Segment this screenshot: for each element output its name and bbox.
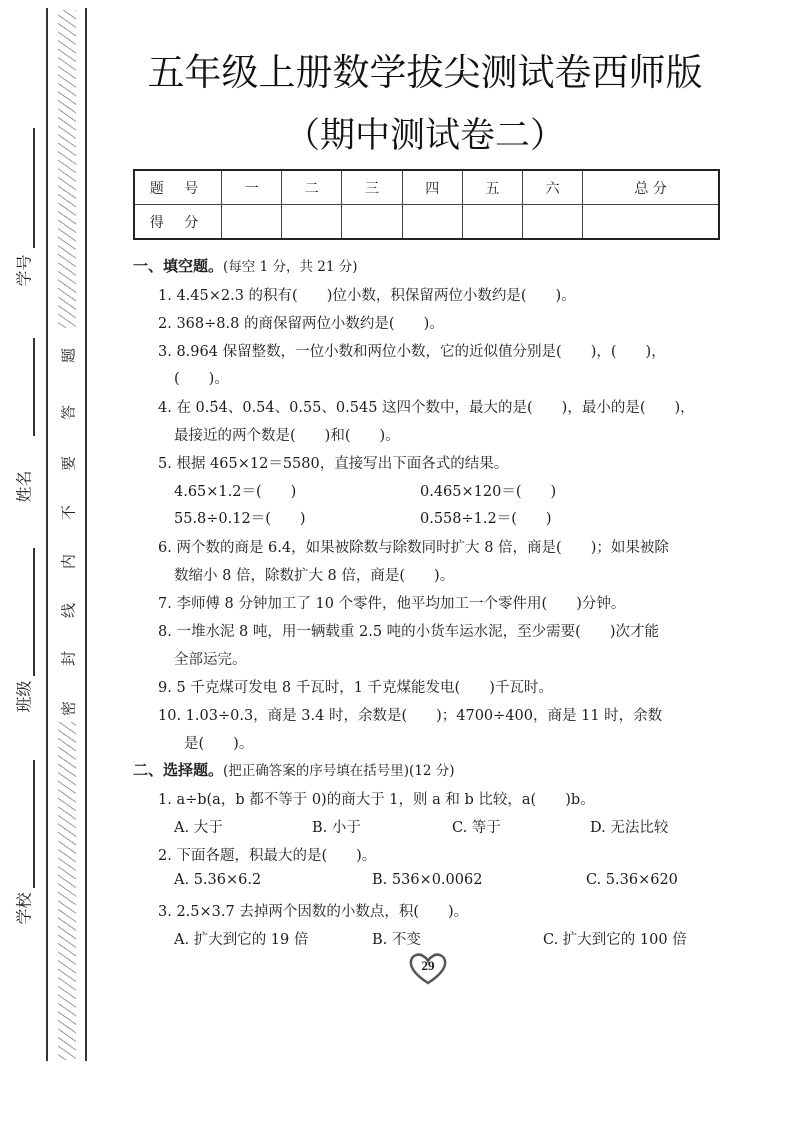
question-line: 6. 两个数的商是 6.4，如果被除数与除数同时扩大 8 倍，商是( )；如果被… <box>158 536 669 557</box>
choice-question-stem: 3. 2.5×3.7 去掉两个因数的小数点，积( )。 <box>158 900 468 921</box>
question-line: 数缩小 8 倍，除数扩大 8 倍，商是( )。 <box>174 564 454 585</box>
hatch-pattern-bottom <box>58 722 76 1060</box>
score-cell[interactable] <box>523 205 583 240</box>
score-table: 题 号 一 二 三 四 五 六 总 分 得 分 <box>133 169 720 240</box>
section1-heading: 一、填空题。(每空 1 分，共 21 分) <box>133 255 357 276</box>
seal-char: 线 <box>58 601 79 621</box>
choice-option[interactable]: A. 5.36×6.2 <box>174 872 261 888</box>
seal-char: 不 <box>58 503 79 523</box>
choice-option[interactable]: B. 536×0.0062 <box>372 872 482 888</box>
page-title: 五年级上册数学拔尖测试卷西师版 <box>120 42 730 96</box>
score-cell[interactable] <box>342 205 402 240</box>
choice-option[interactable]: C. 5.36×620 <box>586 872 678 888</box>
question-line: 5. 根据 465×12＝5580，直接写出下面各式的结果。 <box>158 452 508 473</box>
choice-question-stem: 1. a÷b(a，b 都不等于 0)的商大于 1，则 a 和 b 比较，a( )… <box>158 788 595 809</box>
seal-char: 内 <box>58 552 79 572</box>
section1-note: (每空 1 分，共 21 分) <box>223 259 357 275</box>
score-cell[interactable] <box>282 205 342 240</box>
seal-char: 封 <box>58 649 79 669</box>
score-header-cell: 六 <box>523 170 583 205</box>
question-line: 1. 4.45×2.3 的积有( )位小数，积保留两位小数约是( )。 <box>158 284 576 305</box>
question-line: 8. 一堆水泥 8 吨，用一辆载重 2.5 吨的小货车运水泥，至少需要( )次才… <box>158 620 659 641</box>
question-line: 9. 5 千克煤可发电 8 千瓦时，1 千克煤能发电( )千瓦时。 <box>158 676 553 697</box>
class-label: 班级 <box>12 687 35 713</box>
choice-option[interactable]: B. 不变 <box>372 928 421 949</box>
school-line[interactable] <box>33 760 35 888</box>
score-cell[interactable] <box>222 205 282 240</box>
strip-border-left <box>46 8 48 1061</box>
choice-option[interactable]: A. 大于 <box>174 816 223 837</box>
choice-option[interactable]: C. 扩大到它的 100 倍 <box>543 928 687 949</box>
question-line: 是( )。 <box>184 732 253 753</box>
score-header-cell: 四 <box>402 170 462 205</box>
score-table-header-row: 题 号 一 二 三 四 五 六 总 分 <box>134 170 719 205</box>
seal-char: 答 <box>58 403 79 423</box>
q5-item: 4.65×1.2＝( ) <box>174 480 296 501</box>
page-subtitle: （期中测试卷二） <box>120 108 730 158</box>
q5-item: 0.465×120＝( ) <box>420 480 556 501</box>
score-row-label: 得 分 <box>134 205 222 240</box>
student-id-line[interactable] <box>33 128 35 248</box>
section1-title: 一、填空题。 <box>133 257 223 275</box>
seal-char: 要 <box>58 454 79 474</box>
choice-option[interactable]: D. 无法比较 <box>590 816 668 837</box>
score-header-cell: 一 <box>222 170 282 205</box>
score-header-cell: 总 分 <box>583 170 719 205</box>
page-number: 29 <box>408 958 448 974</box>
name-label: 姓名 <box>12 477 35 503</box>
choice-option[interactable]: A. 扩大到它的 19 倍 <box>174 928 308 949</box>
question-line: 全部运完。 <box>174 648 247 669</box>
score-cell[interactable] <box>402 205 462 240</box>
section2-title: 二、选择题。 <box>133 761 223 779</box>
score-cell[interactable] <box>583 205 719 240</box>
seal-char: 题 <box>58 346 79 366</box>
name-line[interactable] <box>33 338 35 436</box>
choice-question-stem: 2. 下面各题，积最大的是( )。 <box>158 844 376 865</box>
choice-option[interactable]: C. 等于 <box>452 816 501 837</box>
question-line: 2. 368÷8.8 的商保留两位小数约是( )。 <box>158 312 444 333</box>
choice-option[interactable]: B. 小于 <box>312 816 361 837</box>
score-cell[interactable] <box>462 205 522 240</box>
class-line[interactable] <box>33 548 35 676</box>
question-line: 最接近的两个数是( )和( )。 <box>174 424 400 445</box>
section2-note: (把正确答案的序号填在括号里)(12 分) <box>223 763 455 779</box>
score-header-cell: 二 <box>282 170 342 205</box>
question-line: ( )。 <box>174 367 229 388</box>
question-line: 3. 8.964 保留整数，一位小数和两位小数，它的近似值分别是( )，( )， <box>158 340 666 361</box>
score-header-cell: 题 号 <box>134 170 222 205</box>
question-line: 4. 在 0.5̇4̇、0.54̇、0.55、0.545 这四个数中，最大的是(… <box>158 396 695 417</box>
question-line: 10. 1.03÷0.3，商是 3.4 时，余数是( )；4700÷400，商是… <box>158 704 662 725</box>
question-line: 7. 李师傅 8 分钟加工了 10 个零件，他平均加工一个零件用( )分钟。 <box>158 592 625 613</box>
q5-item: 0.558÷1.2＝( ) <box>420 507 552 528</box>
strip-border-right <box>85 8 87 1061</box>
student-id-label: 学号 <box>12 261 35 287</box>
q5-item: 55.8÷0.12＝( ) <box>174 507 306 528</box>
hatch-pattern-top <box>58 10 76 328</box>
score-header-cell: 三 <box>342 170 402 205</box>
score-header-cell: 五 <box>462 170 522 205</box>
score-table-score-row: 得 分 <box>134 205 719 240</box>
school-label: 学校 <box>12 899 35 925</box>
section2-heading: 二、选择题。(把正确答案的序号填在括号里)(12 分) <box>133 759 455 780</box>
seal-char: 密 <box>58 699 79 719</box>
